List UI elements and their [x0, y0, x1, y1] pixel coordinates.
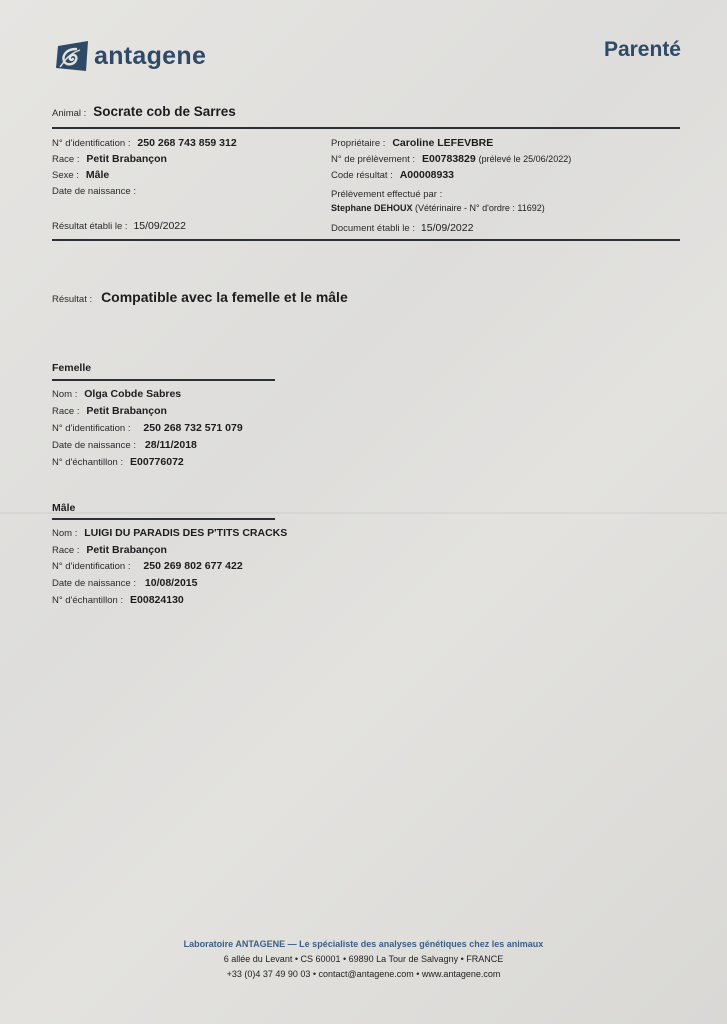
female-id: 250 268 732 571 079 [143, 422, 242, 434]
owner-row: Propriétaire : Caroline LEFEVBRE [331, 137, 493, 149]
antagene-swirl-icon [54, 40, 90, 72]
female-name-row: Nom : Olga Cobde Sabres [52, 388, 181, 400]
male-name-row: Nom : LUIGI DU PARADIS DES P'TITS CRACKS [52, 527, 287, 539]
footer-contact: +33 (0)4 37 49 90 03 • contact@antagene.… [0, 967, 727, 982]
race-label: Race : [52, 406, 79, 417]
female-name: Olga Cobde Sabres [84, 388, 181, 400]
id-label: N° d'identification : [52, 138, 131, 149]
result-date: 15/09/2022 [133, 220, 186, 232]
performed-label-row: Prélèvement effectué par : [331, 188, 442, 200]
sex-label: Sexe : [52, 170, 79, 181]
female-birth-row: Date de naissance : 28/11/2018 [52, 439, 197, 451]
id-label: N° d'identification : [52, 561, 131, 572]
paper-fold [0, 512, 727, 514]
sample-label: N° d'échantillon : [52, 595, 123, 606]
sample-number: E00783829 [422, 153, 476, 165]
sample-row: N° de prélèvement : E00783829 (prélevé l… [331, 153, 571, 165]
document-page: antagene Parenté Animal : Socrate cob de… [0, 0, 727, 1024]
male-race: Petit Brabançon [86, 544, 167, 556]
birth-label: Date de naissance : [52, 186, 136, 197]
divider [52, 127, 680, 129]
animal-sex: Mâle [86, 169, 109, 181]
animal-id-row: N° d'identification : 250 268 743 859 31… [52, 137, 237, 149]
male-race-row: Race : Petit Brabançon [52, 544, 167, 556]
performed-label: Prélèvement effectué par : [331, 189, 442, 200]
doc-date-label: Document établi le : [331, 223, 415, 234]
id-label: N° d'identification : [52, 423, 131, 434]
male-birth: 10/08/2015 [145, 577, 198, 589]
sample-label: N° de prélèvement : [331, 154, 415, 165]
male-birth-row: Date de naissance : 10/08/2015 [52, 577, 197, 589]
birth-label: Date de naissance : [52, 578, 136, 589]
female-race: Petit Brabançon [86, 405, 167, 417]
code-label: Code résultat : [331, 170, 393, 181]
male-sample-row: N° d'échantillon : E00824130 [52, 594, 184, 606]
divider [52, 518, 275, 520]
owner-name: Caroline LEFEVBRE [392, 137, 493, 149]
document-type-title: Parenté [604, 38, 681, 62]
sample-label: N° d'échantillon : [52, 457, 123, 468]
name-label: Nom : [52, 528, 77, 539]
animal-race-row: Race : Petit Brabançon [52, 153, 167, 165]
male-section-title: Mâle [52, 502, 75, 514]
animal-id: 250 268 743 859 312 [137, 137, 236, 149]
result-label: Résultat : [52, 294, 92, 305]
result-row: Résultat : Compatible avec la femelle et… [52, 289, 348, 305]
footer-address: 6 allée du Levant • CS 60001 • 69890 La … [0, 952, 727, 967]
female-section-title: Femelle [52, 362, 91, 374]
race-label: Race : [52, 545, 79, 556]
name-label: Nom : [52, 389, 77, 400]
footer: Laboratoire ANTAGENE — Le spécialiste de… [0, 937, 727, 982]
owner-label: Propriétaire : [331, 138, 385, 149]
animal-name: Socrate cob de Sarres [93, 104, 236, 119]
sample-note: (prélevé le 25/06/2022) [479, 154, 572, 164]
animal-label: Animal : [52, 108, 86, 119]
antagene-logo: antagene [54, 40, 206, 72]
animal-name-row: Animal : Socrate cob de Sarres [52, 104, 236, 119]
doc-date-row: Document établi le : 15/09/2022 [331, 222, 473, 234]
animal-race: Petit Brabançon [86, 153, 167, 165]
birth-label: Date de naissance : [52, 440, 136, 451]
divider [52, 239, 680, 241]
result-date-row: Résultat établi le : 15/09/2022 [52, 220, 186, 232]
female-sample-row: N° d'échantillon : E00776072 [52, 456, 184, 468]
female-id-row: N° d'identification : 250 268 732 571 07… [52, 422, 243, 434]
male-name: LUIGI DU PARADIS DES P'TITS CRACKS [84, 527, 287, 539]
code-row: Code résultat : A00008933 [331, 169, 454, 181]
veterinarian-name: Stephane DEHOUX [331, 203, 413, 213]
result-date-label: Résultat établi le : [52, 221, 128, 232]
result-code: A00008933 [400, 169, 454, 181]
veterinarian-note: (Vétérinaire - N° d'ordre : 11692) [415, 203, 545, 213]
male-id: 250 269 802 677 422 [143, 560, 242, 572]
animal-birth-row: Date de naissance : [52, 185, 140, 197]
brand-name: antagene [94, 42, 206, 71]
race-label: Race : [52, 154, 79, 165]
footer-lab-tagline: Laboratoire ANTAGENE — Le spécialiste de… [0, 937, 727, 952]
animal-sex-row: Sexe : Mâle [52, 169, 109, 181]
performed-by-row: Stephane DEHOUX (Vétérinaire - N° d'ordr… [331, 203, 545, 213]
divider [52, 379, 275, 381]
female-birth: 28/11/2018 [145, 439, 197, 451]
female-sample: E00776072 [130, 456, 184, 468]
male-sample: E00824130 [130, 594, 184, 606]
result-value: Compatible avec la femelle et le mâle [101, 289, 348, 305]
doc-date: 15/09/2022 [421, 222, 474, 234]
female-race-row: Race : Petit Brabançon [52, 405, 167, 417]
male-id-row: N° d'identification : 250 269 802 677 42… [52, 560, 243, 572]
